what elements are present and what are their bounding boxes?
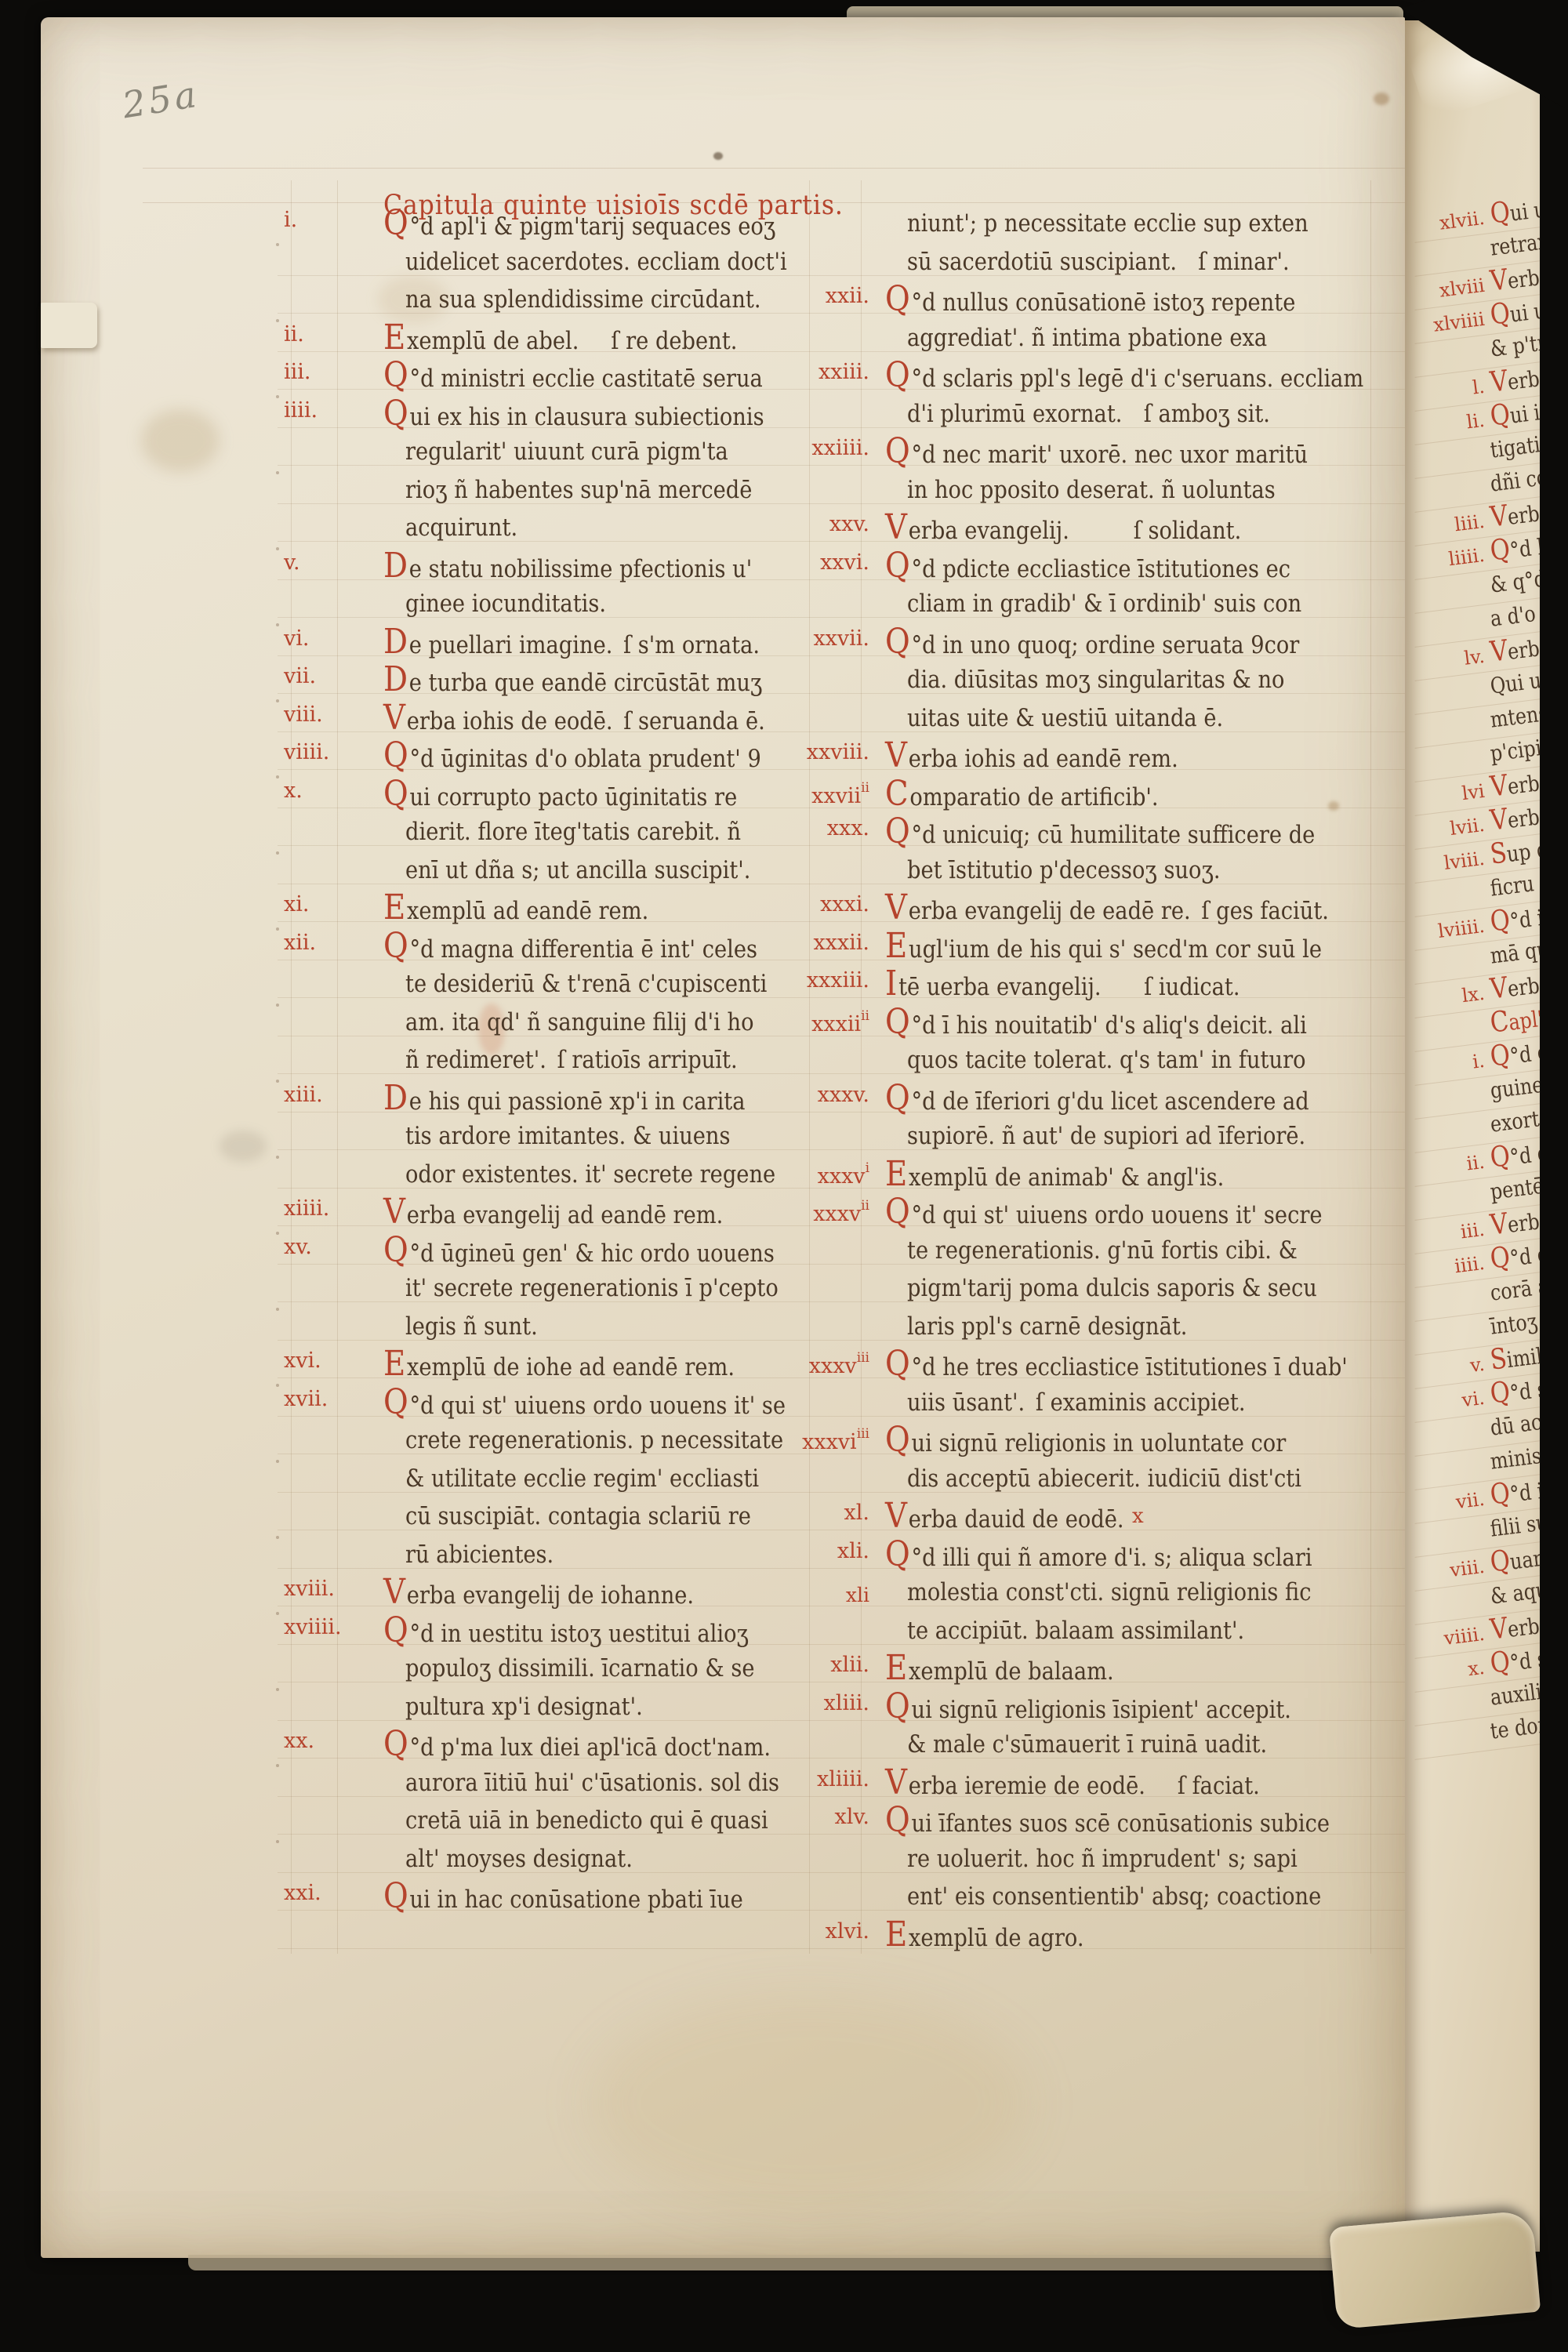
edge-fragment-numeral — [1414, 1132, 1491, 1142]
chapter-numeral-text: xviiii. — [284, 1615, 342, 1639]
capitula-text: Qui in hac conūsatione pbati īue — [383, 1878, 743, 1918]
chapter-numeral-text: xiiii. — [284, 1196, 329, 1221]
chapter-numeral-text: xv. — [284, 1235, 312, 1259]
edge-fragment-text: ficru — [1489, 868, 1536, 905]
capitula-text: Qui ex his in clausura subiectionis — [383, 396, 764, 435]
capitula-text: Q°d pdicte eccliastice īstitutiones ec — [885, 548, 1290, 587]
chapter-numeral: xv. — [284, 1236, 372, 1259]
chapter-numeral: xxviii. — [766, 741, 869, 764]
capitula-line: Q°d pdicte eccliastice īstitutiones ecxx… — [885, 548, 1425, 586]
chapter-numeral-text: xl. — [844, 1501, 869, 1525]
stain — [713, 152, 723, 160]
ruling-line — [276, 699, 279, 702]
chapter-numeral: xxiiii. — [766, 437, 869, 460]
capitula-text: niunt'; p necessitate ecclie sup exten — [907, 205, 1308, 241]
capitula-text: De statu nobilissime pfectionis u' — [383, 548, 752, 587]
capitula-text: Verba dauid de eodē. — [885, 1498, 1124, 1537]
capitula-line: Q°d sclaris ppl's legē d'i c'seruans. ec… — [885, 358, 1425, 396]
chapter-numeral: xxxiiii — [766, 1007, 869, 1036]
edge-fragment-numeral — [1414, 1739, 1491, 1748]
chapter-numeral: xxii. — [766, 285, 869, 308]
capitula-text: Q°d magna differentia ē int' celes — [383, 928, 757, 967]
chapter-numeral-text: xxxii. — [813, 931, 869, 955]
capitula-line: molestia const'cti. signū religionis fic — [907, 1574, 1425, 1613]
chapter-numeral: xx. — [284, 1730, 372, 1753]
capitula-text: uiis ūsant'. ſ examinis accipiet. — [907, 1385, 1246, 1421]
manuscript-page: 25a Capitula quinte uisioīs scdē partis.… — [41, 17, 1405, 2258]
capitula-line: quos tacite tolerat. q's tam' in futuro — [907, 1042, 1425, 1080]
red-x-mark: x — [1132, 1498, 1144, 1534]
capitula-line: Verba iohis ad eandē rem.xxviii. — [885, 738, 1425, 776]
chapter-numeral: x. — [284, 779, 372, 803]
stain — [590, 1993, 1029, 2212]
chapter-numeral-text: viiii. — [284, 740, 329, 764]
ruling-line — [143, 168, 1421, 169]
capitula-text: te regenerationis. g'nū fortis cibi. & — [907, 1232, 1298, 1269]
chapter-numeral-text: xi. — [284, 892, 309, 916]
chapter-numeral: viii. — [284, 703, 372, 727]
capitula-text: Q°d ūgineū gen' & hic ordo uouens — [383, 1232, 775, 1272]
chapter-numeral: xiii. — [284, 1083, 372, 1107]
ruling-line — [276, 1384, 279, 1387]
chapter-numeral: xxxii. — [766, 931, 869, 955]
chapter-numeral-text: xxvii. — [813, 626, 869, 651]
chapter-numeral: xxxv. — [766, 1083, 869, 1107]
capitula-line: re uoluerit. hoc ñ imprudent' s; sapi — [907, 1841, 1425, 1879]
chapter-numeral-text: xxii. — [826, 284, 869, 308]
chapter-numeral-text: xxxi. — [820, 892, 869, 916]
capitula-line: ent' eis consentientib' absq; coactione — [907, 1878, 1425, 1917]
edge-fragment-numeral — [1414, 1098, 1491, 1108]
edge-fragment-numeral — [1414, 761, 1491, 771]
capitula-text: Verba evangelij ad eandē rem. — [383, 1194, 723, 1233]
edge-fragment-numeral — [1414, 964, 1491, 973]
edge-fragment-numeral — [1414, 1705, 1491, 1715]
chapter-numeral-text: xxviii. — [807, 740, 869, 764]
capitula-line: te regenerationis. g'nū fortis cibi. & — [907, 1232, 1425, 1271]
capitula-line: ñ redimeret'. ſ ratioīs arripuīt. — [405, 1042, 844, 1080]
capitula-text: Q°d illi qui ñ amore d'i. s; aliqua scla… — [885, 1537, 1312, 1576]
capitula-line: Q°d ūgineū gen' & hic ordo uouensxv. — [383, 1232, 844, 1271]
edge-fragment-numeral — [1414, 492, 1491, 501]
capitula-text: bet īstitutio p'decessoʒ suoʒ. — [907, 852, 1221, 888]
capitula-line: Q°d de īferiori g'du licet ascendere adx… — [885, 1080, 1425, 1119]
folio-number-text: 25a — [119, 73, 201, 127]
chapter-numeral: xviiii. — [284, 1616, 372, 1639]
capitula-line: Q°d nec marit' uxorē. nec uxor maritūxxi… — [885, 434, 1425, 472]
capitula-line: Qui īfantes suos scē conūsationis subice… — [885, 1802, 1425, 1841]
edge-fragment-numeral — [1414, 1469, 1491, 1479]
capitula-text: te desideriū & t'renā c'cupiscenti — [405, 966, 767, 1002]
chapter-numeral-text: xxxv — [818, 1164, 866, 1189]
ruling-line — [276, 319, 279, 322]
capitula-text: Q°d nec marit' uxorē. nec uxor maritū — [885, 434, 1308, 473]
capitula-line: Verba ieremie de eodē. ſ faciat.xliiii. — [885, 1765, 1425, 1803]
capitula-text: Verba evangelij de iohanne. — [383, 1574, 694, 1613]
capitula-text: Exemplū de balaam. — [885, 1650, 1114, 1690]
chapter-numeral: xli. — [766, 1540, 869, 1563]
chapter-numeral-text: xlvi. — [826, 1919, 869, 1944]
chapter-numeral-text: xxvi. — [820, 550, 869, 575]
chapter-numeral-text: xxxv — [813, 1202, 861, 1226]
capitula-line: d'i plurimū exornat. ſ amboʒ sit. — [907, 396, 1425, 434]
next-page-edge: xlvii.Qui uolēretraxexlviiiVerba mxlviii… — [1405, 20, 1540, 2252]
chapter-numeral-text: xviii. — [284, 1577, 335, 1601]
ruling-line — [276, 395, 279, 398]
chapter-numeral: viiii. — [284, 741, 372, 764]
capitula-text: Q°d ūginitas d'o oblata prudent' 9 — [383, 738, 761, 777]
ruling-line — [276, 1080, 279, 1083]
edge-fragment-numeral — [1414, 626, 1491, 636]
chapter-numeral: xxxi. — [766, 893, 869, 916]
chapter-numeral-text: xxxv — [809, 1354, 857, 1378]
capitula-text: rioʒ ñ habentes sup'nā mercedē — [405, 472, 752, 508]
capitula-line: Qui signū religionis in uoluntate corxxx… — [885, 1422, 1425, 1461]
capitula-line: dia. diūsitas moʒ singularitas & no — [907, 662, 1425, 700]
capitula-text: dis acceptū abiecerit. iudiciū dist'cti — [907, 1461, 1301, 1497]
capitula-line: cliam in gradib' & ī ordinib' suis con — [907, 586, 1425, 624]
chapter-numeral: xi. — [284, 893, 372, 916]
chapter-numeral: v. — [284, 551, 372, 575]
chapter-numeral: xxxvi — [766, 1160, 869, 1189]
capitula-line: Verba evangelij. ſ solidant.xxv. — [885, 510, 1425, 548]
capitula-line: ginee iocunditatis. — [405, 586, 844, 624]
edge-fragment-text: dñi co — [1489, 462, 1540, 500]
capitula-line: Verba dauid de eodē.xl.x — [885, 1498, 1425, 1537]
capitula-line: supiorē. ñ aut' de supiori ad īferiorē. — [907, 1118, 1425, 1156]
capitula-text: odor existentes. it' secrete regene — [405, 1156, 775, 1192]
capitula-line: pigm'tarij poma dulcis saporis & secu — [907, 1270, 1425, 1308]
parchment-tab — [41, 303, 97, 348]
edge-fragment-text: tigatio — [1489, 427, 1540, 466]
capitula-line: Exemplū de animab' & angl'is.xxxvi — [885, 1156, 1425, 1195]
capitula-text: enī ut dña s; ut ancilla suscipit'. — [405, 852, 750, 888]
capitula-line: & male c'sūmauerit ī ruinā uadit. — [907, 1726, 1425, 1765]
capitula-text: cū suscipiāt. contagia sclariū re — [405, 1498, 751, 1534]
capitula-text: Q°d qui st' uiuens ordo uouens it' se — [383, 1385, 786, 1424]
edge-fragment-numeral — [1414, 694, 1491, 703]
edge-fragment-text: Sup q — [1489, 833, 1540, 873]
ruling-line — [143, 202, 1421, 203]
capitula-line: Q°d illi qui ñ amore d'i. s; aliqua scla… — [885, 1537, 1425, 1575]
capitula-text: supiorē. ñ aut' de supiori ad īferiorē. — [907, 1118, 1305, 1154]
capitula-text: ent' eis consentientib' absq; coactione — [907, 1878, 1321, 1915]
chapter-numeral-text: iii. — [284, 360, 311, 384]
capitula-text: Qui īfantes suos scē conūsationis subice — [885, 1802, 1330, 1842]
capitula-line: tis ardore imitantes. & uiuens — [405, 1118, 844, 1156]
chapter-numeral-text: xiii. — [284, 1083, 323, 1107]
capitula-text: Verba evangelij de eadē re. ſ ges faciūt… — [885, 890, 1329, 929]
chapter-numeral-text: vi. — [284, 626, 309, 651]
capitula-line: legis ñ sunt. — [405, 1308, 844, 1347]
ruling-line — [276, 927, 279, 931]
capitula-text: Exemplū de animab' & angl'is. — [885, 1156, 1224, 1196]
capitula-text: populoʒ dissimili. īcarnatio & se — [405, 1650, 754, 1686]
chapter-numeral-text: xx. — [284, 1729, 314, 1753]
chapter-numeral-text: xli. — [837, 1539, 869, 1563]
capitula-line: Verba iohis de eodē. ſ seruanda ē.viii. — [383, 700, 844, 739]
capitula-text: sū sacerdotiū suscipiant. ſ minar'. — [907, 244, 1290, 280]
capitula-line: Q°d qui st' uiuens ordo uouens it' secre… — [885, 1194, 1425, 1232]
capitula-line: sū sacerdotiū suscipiant. ſ minar'. — [907, 244, 1425, 282]
chapter-numeral: iii. — [284, 361, 372, 384]
ruling-line — [276, 1232, 279, 1235]
capitula-text: alt' moyses designat. — [405, 1841, 633, 1877]
chapter-numeral-text: xxiii. — [818, 360, 869, 384]
capitula-line: Q°d nullus conūsationē istoʒ repentexxii… — [885, 281, 1425, 320]
chapter-numeral-text: xxx. — [827, 816, 869, 840]
capitula-text: Qui signū religionis in uoluntate cor — [885, 1422, 1286, 1461]
edge-fragment-text: exorta — [1489, 1102, 1540, 1141]
capitula-text: & male c'sūmauerit ī ruinā uadit. — [907, 1726, 1267, 1762]
chapter-numeral-text: xlii. — [830, 1653, 869, 1677]
ruling-line — [276, 1156, 279, 1159]
ruling-line — [276, 1840, 279, 1843]
edge-fragment-numeral — [1414, 1301, 1491, 1310]
chapter-numeral-text: xvi. — [284, 1348, 321, 1373]
chapter-numeral-text: xxi. — [284, 1881, 321, 1905]
capitula-text: ginee iocunditatis. — [405, 586, 606, 622]
chapter-numeral-text: xxvii — [811, 784, 861, 808]
capitula-text: Q°d unicuiq; cū humilitate sufficere de — [885, 814, 1315, 853]
capitula-text: dia. diūsitas moʒ singularitas & no — [907, 662, 1284, 698]
ruling-line — [276, 1612, 279, 1615]
capitula-text: Verba evangelij. ſ solidant. — [885, 510, 1241, 549]
capitula-text: uitas uite & uestiū uitanda ē. — [907, 700, 1223, 736]
capitula-text: aurora īitiū hui' c'ūsationis. sol dis — [405, 1765, 779, 1801]
chapter-numeral: xvi. — [284, 1349, 372, 1373]
capitula-line: dis acceptū abiecerit. iudiciū dist'cti — [907, 1461, 1425, 1499]
capitula-text: Q°d sclaris ppl's legē d'i c'seruans. ec… — [885, 358, 1363, 397]
page-stack-edge-bottom — [188, 2255, 1348, 2270]
capitula-line: & utilitate ecclie regim' eccliasti — [405, 1461, 844, 1499]
capitula-text: in hoc pposito deserat. ñ uoluntas — [907, 472, 1276, 508]
capitula-line: it' secrete regenerationis ī p'cepto — [405, 1270, 844, 1308]
capitula-column-right: niunt'; p necessitate ecclie sup extensū… — [907, 205, 1425, 1955]
capitula-text: am. ita qd' ñ sanguine filij d'i ho — [405, 1004, 754, 1040]
edge-fragment-text: Verba — [1489, 799, 1540, 839]
capitula-text: Q°d ī his nouitatib' d's aliq's deicit. … — [885, 1004, 1307, 1044]
capitula-text: Comparatio de artificib'. — [885, 776, 1159, 815]
chapter-numeral: iiii. — [284, 399, 372, 423]
edge-fragment-numeral — [1414, 256, 1491, 265]
ruling-line — [276, 623, 279, 626]
chapter-numeral-superscript: ii — [861, 780, 869, 796]
ruling-line — [276, 775, 279, 779]
chapter-numeral-text: ii. — [284, 322, 304, 347]
capitula-text: Qui signū religionis īsipient' accepit. — [885, 1689, 1291, 1728]
capitula-line: Itē uerba evangelij. ſ iudicat.xxxiii. — [885, 966, 1425, 1004]
crumpled-page-corner — [1329, 2210, 1541, 2329]
chapter-numeral-superscript: ii — [861, 1198, 869, 1214]
capitula-text: ñ redimeret'. ſ ratioīs arripuīt. — [405, 1042, 738, 1078]
chapter-numeral-text: xxxv. — [818, 1083, 869, 1107]
capitula-text: cretā uiā in benedicto qui ē quasi — [405, 1802, 768, 1838]
capitula-text: Q°d p'ma lux diei apl'icā doct'nam. — [383, 1726, 771, 1766]
capitula-line: Q°d qui st' uiuens ordo uouens it' sexvi… — [383, 1385, 844, 1423]
chapter-numeral-text: x. — [284, 779, 303, 803]
edge-fragment-numeral — [1414, 728, 1491, 737]
capitula-line: Qui in hac conūsatione pbati īuexxi. — [383, 1878, 844, 1917]
edge-fragment-text: mtens — [1489, 698, 1540, 736]
chapter-numeral: xliii. — [766, 1692, 869, 1715]
chapter-numeral-text: xxxvi — [802, 1430, 857, 1454]
chapter-numeral: xxi. — [284, 1882, 372, 1905]
capitula-line: rioʒ ñ habentes sup'nā mercedē — [405, 472, 844, 510]
chapter-numeral: xxvii. — [766, 627, 869, 651]
capitula-line: te accipiūt. balaam assimilant'. — [907, 1613, 1425, 1651]
chapter-numeral-text: xliiii. — [817, 1767, 869, 1791]
capitula-line: Q°d in uno quoq; ordine seruata 9corxxvi… — [885, 624, 1425, 662]
capitula-line: Qui signū religionis īsipient' accepit.x… — [885, 1689, 1425, 1727]
capitula-line: Q°d in uestitu istoʒ uestitui alioʒxviii… — [383, 1613, 844, 1651]
chapter-numeral: xxv. — [766, 513, 869, 536]
capitula-line: bet īstitutio p'decessoʒ suoʒ. — [907, 852, 1425, 891]
chapter-numeral: vii. — [284, 665, 372, 688]
capitula-line: Q°d ī his nouitatib' d's aliq's deicit. … — [885, 1004, 1425, 1043]
capitula-text: dierit. flore īteg'tatis carebit. ñ — [405, 814, 741, 850]
stain — [141, 409, 220, 472]
capitula-line: Exemplū de agro.xlvi. — [885, 1917, 1425, 1955]
chapter-numeral-text: xliii. — [824, 1691, 869, 1715]
capitula-text: pultura xp'i designat'. — [405, 1689, 643, 1725]
capitula-text: tis ardore imitantes. & uiuens — [405, 1118, 731, 1154]
capitula-line: uidelicet sacerdotes. eccliam doct'i — [405, 244, 844, 282]
capitula-line: Verba evangelij de eadē re. ſ ges faciūt… — [885, 890, 1425, 928]
edge-fragment-text: Qui uolē — [1489, 189, 1540, 232]
chapter-numeral-superscript: ii — [861, 1008, 869, 1024]
capitula-text: quos tacite tolerat. q's tam' in futuro — [907, 1042, 1306, 1078]
capitula-text: crete regenerationis. p necessitate — [405, 1422, 783, 1458]
capitula-text: Verba iohis de eodē. ſ seruanda ē. — [383, 700, 765, 739]
capitula-text: Q°d apl'i & pigm'tarij sequaces eoʒ — [383, 205, 775, 245]
ruling-line — [276, 1308, 279, 1311]
chapter-numeral: xlv. — [766, 1806, 869, 1829]
capitula-text: Exemplū ad eandē rem. — [383, 890, 648, 929]
chapter-numeral: xxxvii — [766, 1197, 869, 1226]
capitula-text: regularit' uiuunt curā pigm'ta — [405, 434, 728, 470]
chapter-numeral: xiiii. — [284, 1197, 372, 1221]
capitula-text: Q°d in uestitu istoʒ uestitui alioʒ — [383, 1613, 749, 1652]
capitula-text: legis ñ sunt. — [405, 1308, 538, 1345]
capitula-text: te accipiūt. balaam assimilant'. — [907, 1613, 1244, 1649]
capitula-line: Eugl'ium de his qui s' secd'm cor suū le… — [885, 928, 1425, 967]
chapter-numeral: xxxviiii — [766, 1425, 869, 1454]
edge-fragment-numeral — [1414, 1604, 1491, 1613]
capitula-text: Qui corrupto pacto ūginitatis re — [383, 776, 737, 815]
capitula-text: Eugl'ium de his qui s' secd'm cor suū le — [885, 928, 1322, 967]
capitula-text: molestia const'cti. signū religionis fic — [907, 1574, 1312, 1610]
capitula-text: & utilitate ecclie regim' eccliasti — [405, 1461, 759, 1497]
ruling-line — [276, 471, 279, 474]
capitula-text: Exemplū de agro. — [885, 1917, 1084, 1956]
capitula-text: uidelicet sacerdotes. eccliam doct'i — [405, 244, 787, 280]
edge-fragment-numeral — [1414, 896, 1491, 906]
capitula-line: aggrediat'. ñ intima pbatione exa — [907, 320, 1425, 358]
chapter-numeral-duplicate: xli — [768, 1577, 869, 1613]
capitula-line: Qui ex his in clausura subiectionisiiii. — [383, 396, 844, 434]
edge-fragment-numeral — [1414, 357, 1491, 366]
edge-fragment-text: p'cipit — [1489, 731, 1540, 770]
chapter-numeral-text: i. — [284, 208, 297, 232]
chapter-numeral-text: xxiiii. — [811, 436, 869, 460]
capitula-text: pigm'tarij poma dulcis saporis & secu — [907, 1270, 1317, 1306]
chapter-numeral: xxxviii — [766, 1349, 869, 1378]
chapter-numeral-text: v. — [284, 550, 300, 575]
capitula-line: Q°d he tres eccliastice īstitutiones ī d… — [885, 1346, 1425, 1385]
capitula-line: in hoc pposito deserat. ñ uoluntas — [907, 472, 1425, 510]
chapter-numeral: i. — [284, 209, 372, 232]
chapter-numeral: vi. — [284, 627, 372, 651]
capitula-text: Q°d ministri ecclie castitatē serua — [383, 358, 763, 397]
ruling-line — [337, 180, 338, 1954]
capitula-line: enī ut dña s; ut ancilla suscipit'. — [405, 852, 844, 891]
edge-fragment-numeral — [1414, 593, 1491, 602]
capitula-text: Itē uerba evangelij. ſ iudicat. — [885, 966, 1240, 1005]
capitula-text: Q°d in uno quoq; ordine seruata 9cor — [885, 624, 1299, 663]
chapter-numeral-text: xlv. — [835, 1805, 870, 1829]
capitula-text: De his qui passionē xp'i in carita — [383, 1080, 746, 1120]
capitula-text: it' secrete regenerationis ī p'cepto — [405, 1270, 779, 1306]
chapter-numeral-text: viii. — [284, 702, 323, 727]
capitula-text: d'i plurimū exornat. ſ amboʒ sit. — [907, 396, 1270, 432]
capitula-text: De puellari imagine. ſ s'm ornata. — [383, 624, 760, 663]
stain — [220, 1131, 267, 1162]
ruling-line — [276, 1004, 279, 1007]
chapter-numeral: xlii. — [766, 1653, 869, 1677]
capitula-text: Verba iohis ad eandē rem. — [885, 738, 1178, 777]
chapter-numeral-text: iiii. — [284, 398, 318, 423]
chapter-numeral-text: xxxii — [811, 1012, 861, 1036]
capitula-text: Verba ieremie de eodē. ſ faciat. — [885, 1765, 1260, 1804]
ruling-line — [276, 1764, 279, 1767]
ruling-line — [276, 851, 279, 855]
capitula-line: Q°d apl'i & pigm'tarij sequaces eoʒi. — [383, 205, 844, 244]
chapter-numeral: xii. — [284, 931, 372, 955]
capitula-text: acquirunt. — [405, 510, 517, 546]
manuscript-photo: 25a Capitula quinte uisioīs scdē partis.… — [0, 0, 1568, 2352]
capitula-text: re uoluerit. hoc ñ imprudent' s; sapi — [907, 1841, 1298, 1877]
chapter-numeral: xxviiii — [766, 779, 869, 808]
capitula-text: Q°d qui st' uiuens ordo uouens it' secre — [885, 1194, 1323, 1233]
chapter-numeral-text: xvii. — [284, 1387, 328, 1411]
capitula-line: niunt'; p necessitate ecclie sup exten — [907, 205, 1425, 244]
capitula-text: Q°d de īferiori g'du licet ascendere ad — [885, 1080, 1309, 1120]
capitula-line: uitas uite & uestiū uitanda ē. — [907, 700, 1425, 739]
capitula-text: cliam in gradib' & ī ordinib' suis con — [907, 586, 1301, 622]
capitula-line: laris ppl's carnē designāt. — [907, 1308, 1425, 1347]
stain — [1374, 93, 1389, 105]
ruling-line — [276, 547, 279, 550]
chapter-numeral-superscript: iii — [857, 1426, 869, 1442]
chapter-numeral: xlvi. — [766, 1920, 869, 1944]
capitula-text: laris ppl's carnē designāt. — [907, 1308, 1187, 1345]
capitula-line: Comparatio de artificib'.xxviiii — [885, 776, 1425, 815]
edge-fragment-text: mā qu — [1489, 934, 1540, 972]
edge-fragment-numeral — [1414, 1033, 1491, 1042]
capitula-text: na sua splendidissime circūdant. — [405, 281, 761, 318]
chapter-numeral: xvii. — [284, 1388, 372, 1411]
chapter-numeral-text: xxxiii. — [807, 968, 869, 993]
chapter-numeral: xl. — [766, 1501, 869, 1525]
chapter-numeral: xxiii. — [766, 361, 869, 384]
ruling-line — [276, 1536, 279, 1539]
ruling-line — [276, 1688, 279, 1691]
chapter-numeral-text: vii. — [284, 664, 316, 688]
edge-fragment-numeral — [1414, 458, 1491, 467]
edge-fragment-numeral — [1414, 1200, 1491, 1209]
chapter-numeral-text: xii. — [284, 931, 316, 955]
